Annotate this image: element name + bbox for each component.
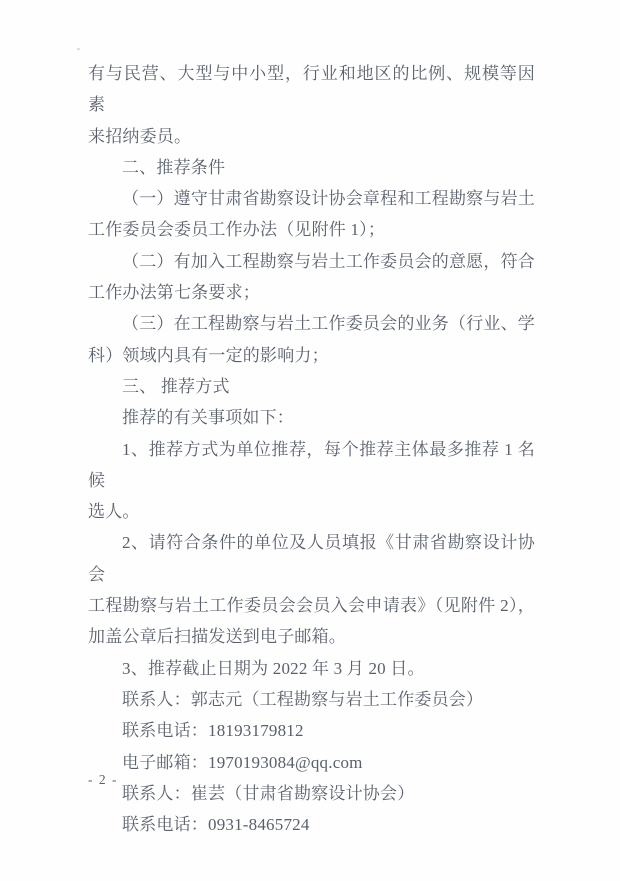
document-page: 有与民营、大型与中小型，行业和地区的比例、规模等因素来招纳委员。二、推荐条件（一…	[0, 0, 620, 881]
text-line: 工程勘察与岩土工作委员会会员入会申请表》（见附件 2），	[88, 590, 535, 621]
text-line: （一）遵守甘肃省勘察设计协会章程和工程勘察与岩土	[88, 183, 535, 214]
text-line: 联系电话：18193179812	[88, 715, 535, 746]
text-line: 加盖公章后扫描发送到电子邮箱。	[88, 621, 535, 652]
text-line: 电子邮箱：1970193084@qq.com	[88, 747, 535, 778]
text-line: 科）领域内具有一定的影响力；	[88, 340, 535, 371]
text-line: 选人。	[88, 496, 535, 527]
text-line: 联系电话：0931-8465724	[88, 809, 535, 840]
text-line: （二）有加入工程勘察与岩土工作委员会的意愿，符合	[88, 246, 535, 277]
text-line: 工作办法第七条要求；	[88, 277, 535, 308]
text-line: 推荐的有关事项如下：	[88, 402, 535, 433]
text-line: 三、 推荐方式	[88, 371, 535, 402]
document-body: 有与民营、大型与中小型，行业和地区的比例、规模等因素来招纳委员。二、推荐条件（一…	[88, 58, 535, 840]
text-line: 二、推荐条件	[88, 152, 535, 183]
text-line: 来招纳委员。	[88, 121, 535, 152]
text-line: （三）在工程勘察与岩土工作委员会的业务（行业、学	[88, 308, 535, 339]
text-line: 联系人：郭志元（工程勘察与岩土工作委员会）	[88, 684, 535, 715]
text-line: 有与民营、大型与中小型，行业和地区的比例、规模等因素	[88, 58, 535, 121]
text-line: 工作委员会委员工作办法（见附件 1）；	[88, 214, 535, 245]
page-number: - 2 -	[88, 772, 118, 788]
text-line: 联系人：崔芸（甘肃省勘察设计协会）	[88, 778, 535, 809]
text-line: 3、推荐截止日期为 2022 年 3 月 20 日。	[88, 653, 535, 684]
scan-speck	[77, 48, 80, 50]
text-line: 2、请符合条件的单位及人员填报《甘肃省勘察设计协会	[88, 527, 535, 590]
text-line: 1、推荐方式为单位推荐，每个推荐主体最多推荐 1 名候	[88, 434, 535, 497]
